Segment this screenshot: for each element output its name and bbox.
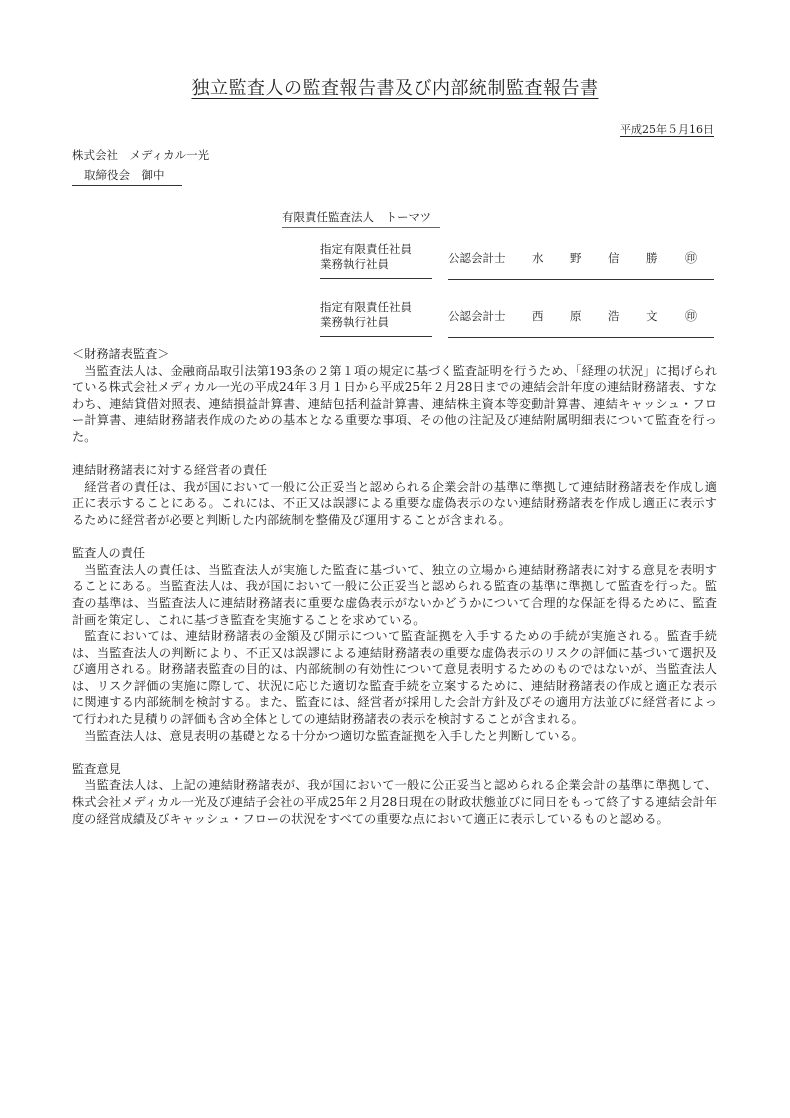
signer-title: 公認会計士 [448,250,506,266]
signer-cpa-line: 公認会計士 水 野 信 勝 ㊞ [448,242,714,280]
report-title: 独立監査人の監査報告書及び内部統制監査報告書 [0,74,790,100]
section-paragraph: 当監査法人は、上記の連結財務諸表が、我が国において一般に公正妥当と認められる企業… [72,777,717,827]
report-date: 平成25年５月16日 [620,121,714,137]
signer-name-char: 西 [532,308,544,324]
section-paragraph: 監査においては、連結財務諸表の金額及び開示について監査証拠を入手するための手続が… [72,628,717,728]
signer-role: 指定有限責任社員 業務執行社員 [320,242,432,279]
section-paragraph: 当監査法人は、金融商品取引法第193条の２第１項の規定に基づく監査証明を行うため… [72,363,717,446]
signer-name-char: 水 [532,250,544,266]
section-paragraph: 経営者の責任は、我が国において一般に公正妥当と認められる企業会計の基準に準拠して… [72,479,717,529]
signer-block: 指定有限責任社員 業務執行社員 公認会計士 西 原 浩 文 ㊞ [320,300,714,350]
signer-role: 指定有限責任社員 業務執行社員 [320,300,432,337]
signer-name-char: 勝 [646,250,658,266]
section-heading-financial-audit: ＜財務諸表監査＞ [72,346,717,363]
report-body: ＜財務諸表監査＞ 当監査法人は、金融商品取引法第193条の２第１項の規定に基づく… [72,346,717,827]
signer-block: 指定有限責任社員 業務執行社員 公認会計士 水 野 信 勝 ㊞ [320,242,714,292]
section-heading-management-responsibility: 連結財務諸表に対する経営者の責任 [72,462,717,479]
signer-name-char: 信 [608,250,620,266]
signer-name-char: 原 [570,308,582,324]
addressee-board: 取締役会 御中 [72,167,182,186]
section-paragraph: 当監査法人の責任は、当監査法人が実施した監査に基づいて、独立の立場から連結財務諸… [72,562,717,628]
signer-role-line2: 業務執行社員 [320,257,432,272]
section-paragraph: 当監査法人は、意見表明の基礎となる十分かつ適切な監査証拠を入手したと判断している… [72,728,717,745]
signer-role-line1: 指定有限責任社員 [320,300,432,315]
seal-icon: ㊞ [685,249,697,266]
signer-cpa-line: 公認会計士 西 原 浩 文 ㊞ [448,300,714,338]
signer-role-line1: 指定有限責任社員 [320,242,432,257]
report-title-text: 独立監査人の監査報告書及び内部統制監査報告書 [192,78,599,99]
signer-name-char: 野 [570,250,582,266]
signer-role-line2: 業務執行社員 [320,315,432,330]
section-heading-auditor-responsibility: 監査人の責任 [72,545,717,562]
section-heading-audit-opinion: 監査意見 [72,761,717,778]
signer-title: 公認会計士 [448,308,506,324]
seal-icon: ㊞ [685,307,697,324]
signer-name-char: 浩 [608,308,620,324]
addressee-company: 株式会社 メディカル一光 [72,147,209,163]
signer-name-char: 文 [646,308,658,324]
audit-firm: 有限責任監査法人 トーマツ [282,209,440,228]
